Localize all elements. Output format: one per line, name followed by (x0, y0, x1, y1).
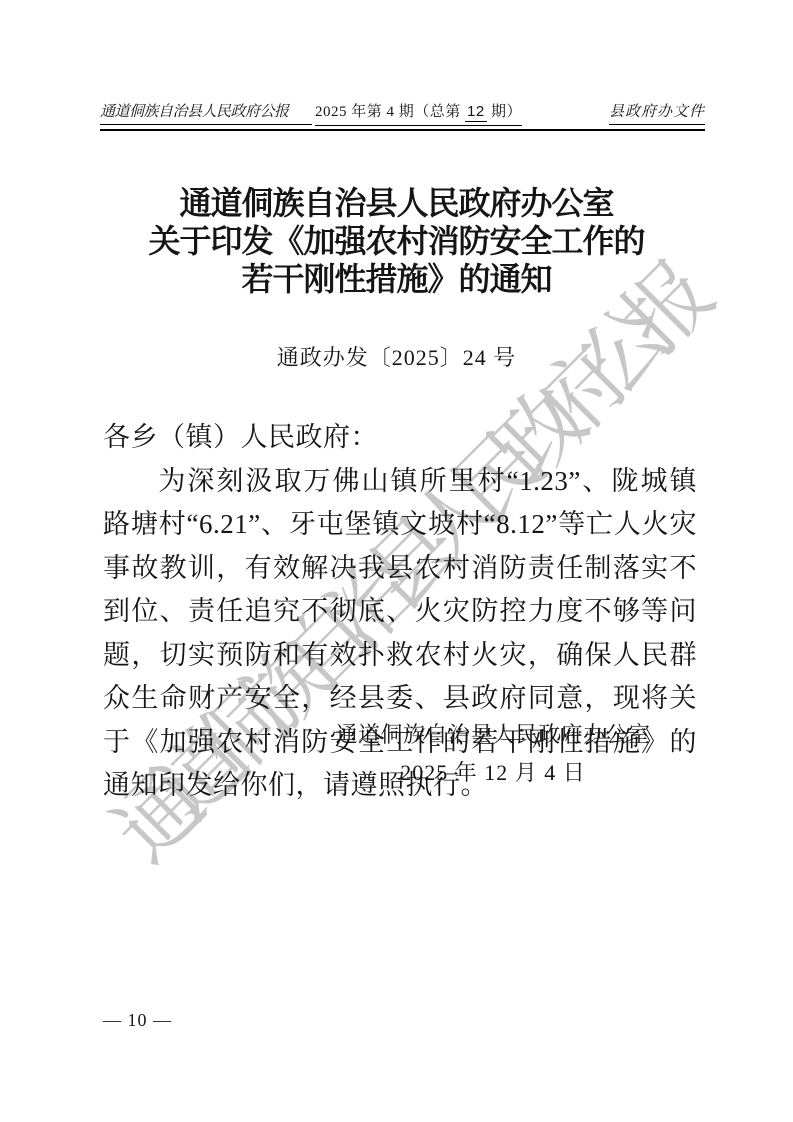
document-title-line-3: 若干刚性措施》的通知 (0, 260, 793, 298)
masthead-gazette-name: 通道侗族自治县人民政府公报 (100, 100, 312, 125)
issue-info-suffix: 期） (487, 104, 522, 120)
document-title-line-2: 关于印发《加强农村消防安全工作的 (0, 222, 793, 260)
signature-block: 通道侗族自治县人民政府办公室 2025 年 12 月 4 日 (293, 720, 693, 788)
salutation: 各乡（镇）人民政府： (103, 416, 697, 460)
document-title: 通道侗族自治县人民政府办公室 关于印发《加强农村消防安全工作的 若干刚性措施》的… (0, 184, 793, 298)
issue-total-number: 12 (465, 104, 487, 122)
document-title-line-1: 通道侗族自治县人民政府办公室 (0, 184, 793, 222)
masthead-category-label: 县政府办文件 (609, 100, 705, 125)
masthead-issue-info: 2025 年第 4 期（总第 12 期） (315, 100, 522, 126)
issue-date: 2025 年 12 月 4 日 (293, 758, 693, 788)
issuing-office: 通道侗族自治县人民政府办公室 (293, 720, 693, 750)
masthead-rule (100, 129, 705, 131)
issue-info-prefix: 2025 年第 4 期（总第 (315, 104, 465, 120)
page-content: 通道侗族自治县人民政府公报 2025 年第 4 期（总第 12 期） 县政府办文… (0, 0, 793, 1122)
gazette-page: 通道侗族自治县人民政府公报 通道侗族自治县人民政府公报 2025 年第 4 期（… (0, 0, 793, 1122)
page-number: — 10 — (103, 1010, 172, 1031)
document-reference-number: 通政办发〔2025〕24 号 (0, 341, 793, 372)
